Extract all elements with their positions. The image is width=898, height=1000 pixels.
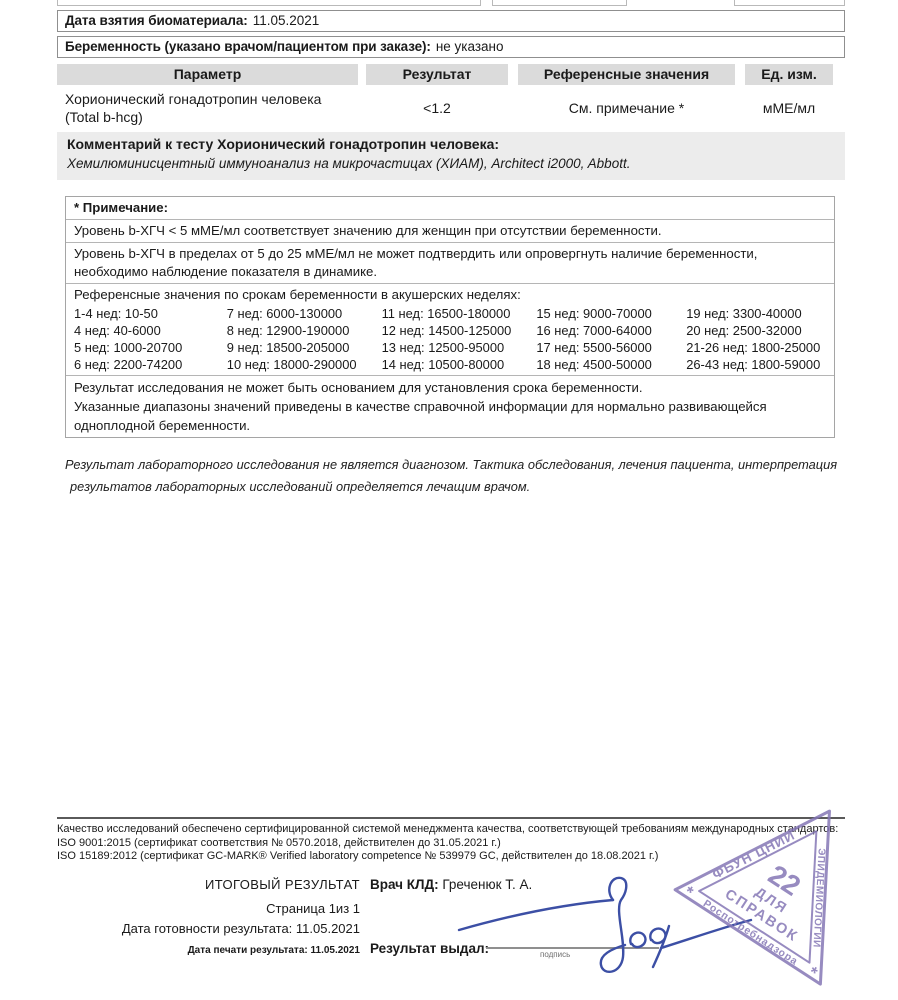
legal-disclaimer: Результат лабораторного исследования не … [65, 454, 845, 498]
reference-weeks-grid: 1-4 нед: 10-50 4 нед: 40-6000 5 нед: 100… [74, 305, 826, 373]
ref-week-entry: 16 нед: 7000-64000 [536, 322, 686, 339]
note-line-1: Уровень b-ХГЧ < 5 мМЕ/мл соответствует з… [66, 219, 834, 242]
ref-week-entry: 13 нед: 12500-95000 [382, 339, 537, 356]
test-comment-title: Комментарий к тесту Хорионический гонадо… [67, 135, 835, 154]
pregnancy-label: Беременность (указано врачом/пациентом п… [65, 39, 431, 54]
test-comment-body: Хемилюминисцентный иммуноанализ на микро… [67, 154, 835, 173]
result-row: Хорионический гонадотропин человека (Tot… [57, 85, 845, 130]
reference-weeks-col: 7 нед: 6000-130000 8 нед: 12900-190000 9… [227, 305, 382, 373]
reference-weeks-col: 11 нед: 16500-180000 12 нед: 14500-12500… [382, 305, 537, 373]
result-print-date: Дата печати результата: 11.05.2021 [57, 945, 360, 956]
ref-week-entry: 7 нед: 6000-130000 [227, 305, 382, 322]
unit-value: мМЕ/мл [745, 99, 833, 117]
biomaterial-date-value: 11.05.2021 [253, 13, 320, 28]
lab-report-page: Дата взятия биоматериала:11.05.2021 Бере… [0, 0, 898, 1000]
disclaimer-line-2: результатов лабораторных исследований оп… [65, 476, 845, 498]
result-value: <1.2 [366, 99, 508, 117]
reference-weeks-title: Референсные значения по срокам беременно… [74, 286, 826, 304]
cutoff-cell [734, 0, 845, 6]
note-box: * Примечание: Уровень b-ХГЧ < 5 мМЕ/мл с… [65, 196, 835, 438]
pregnancy-row: Беременность (указано врачом/пациентом п… [57, 36, 845, 58]
final-result-label: ИТОГОВЫЙ РЕЗУЛЬТАТ [57, 877, 360, 892]
ref-week-entry: 8 нед: 12900-190000 [227, 322, 382, 339]
note-footer: Результат исследования не может быть осн… [66, 375, 834, 437]
note-footer-line: Результат исследования не может быть осн… [74, 378, 826, 397]
ref-week-entry: 18 нед: 4500-50000 [536, 356, 686, 373]
note-footer-line: одноплодной беременности. [74, 416, 826, 435]
ref-week-entry: 14 нед: 10500-80000 [382, 356, 537, 373]
reference-value: См. примечание * [518, 99, 735, 117]
reference-weeks-section: Референсные значения по срокам беременно… [66, 283, 834, 375]
disclaimer-line-1: Результат лабораторного исследования не … [65, 454, 845, 476]
page-info: Страница 1из 1 [57, 901, 360, 916]
ref-week-entry: 1-4 нед: 10-50 [74, 305, 227, 322]
results-table-header: Параметр Результат Референсные значения … [57, 64, 845, 85]
reference-weeks-col: 19 нед: 3300-40000 20 нед: 2500-32000 21… [686, 305, 826, 373]
ref-week-entry: 12 нед: 14500-125000 [382, 322, 537, 339]
ref-week-entry: 11 нед: 16500-180000 [382, 305, 537, 322]
report-content: Дата взятия биоматериала:11.05.2021 Бере… [57, 0, 845, 498]
header-unit: Ед. изм. [745, 64, 833, 85]
ref-week-entry: 17 нед: 5500-56000 [536, 339, 686, 356]
note-line-2a: Уровень b-ХГЧ в пределах от 5 до 25 мМЕ/… [74, 245, 826, 263]
result-ready-date: Дата готовности результата: 11.05.2021 [57, 921, 360, 936]
cutoff-cell [57, 0, 481, 6]
doctor-label: Врач КЛД: [370, 877, 439, 892]
test-comment-block: Комментарий к тесту Хорионический гонадо… [57, 132, 845, 180]
ref-week-entry: 6 нед: 2200-74200 [74, 356, 227, 373]
reference-weeks-col: 1-4 нед: 10-50 4 нед: 40-6000 5 нед: 100… [74, 305, 227, 373]
parameter-name: Хорионический гонадотропин человека (Tot… [57, 90, 358, 126]
ref-week-entry: 5 нед: 1000-20700 [74, 339, 227, 356]
ref-week-entry: 10 нед: 18000-290000 [227, 356, 382, 373]
ref-week-entry: 26-43 нед: 1800-59000 [686, 356, 826, 373]
ref-week-entry: 4 нед: 40-6000 [74, 322, 227, 339]
header-parameter: Параметр [57, 64, 358, 85]
note-footer-line: Указанные диапазоны значений приведены в… [74, 397, 826, 416]
note-line-2: Уровень b-ХГЧ в пределах от 5 до 25 мМЕ/… [66, 242, 834, 283]
header-reference: Референсные значения [518, 64, 735, 85]
ref-week-entry: 15 нед: 9000-70000 [536, 305, 686, 322]
note-title: * Примечание: [66, 197, 834, 219]
reference-weeks-col: 15 нед: 9000-70000 16 нед: 7000-64000 17… [536, 305, 686, 373]
ref-week-entry: 20 нед: 2500-32000 [686, 322, 826, 339]
ref-week-entry: 21-26 нед: 1800-25000 [686, 339, 826, 356]
header-result: Результат [366, 64, 508, 85]
ref-week-entry: 9 нед: 18500-205000 [227, 339, 382, 356]
note-line-2b: необходимо наблюдение показателя в динам… [74, 263, 826, 281]
biomaterial-date-row: Дата взятия биоматериала:11.05.2021 [57, 10, 845, 32]
biomaterial-date-label: Дата взятия биоматериала: [65, 13, 248, 28]
triangular-stamp: ФБУН ЦНИИ ЭПИДЕМИОЛОГИИ Роспотребнадзора… [656, 788, 894, 1000]
cutoff-cell [492, 0, 626, 6]
cutoff-table-row [57, 0, 845, 7]
pregnancy-value: не указано [436, 39, 504, 54]
ref-week-entry: 19 нед: 3300-40000 [686, 305, 826, 322]
